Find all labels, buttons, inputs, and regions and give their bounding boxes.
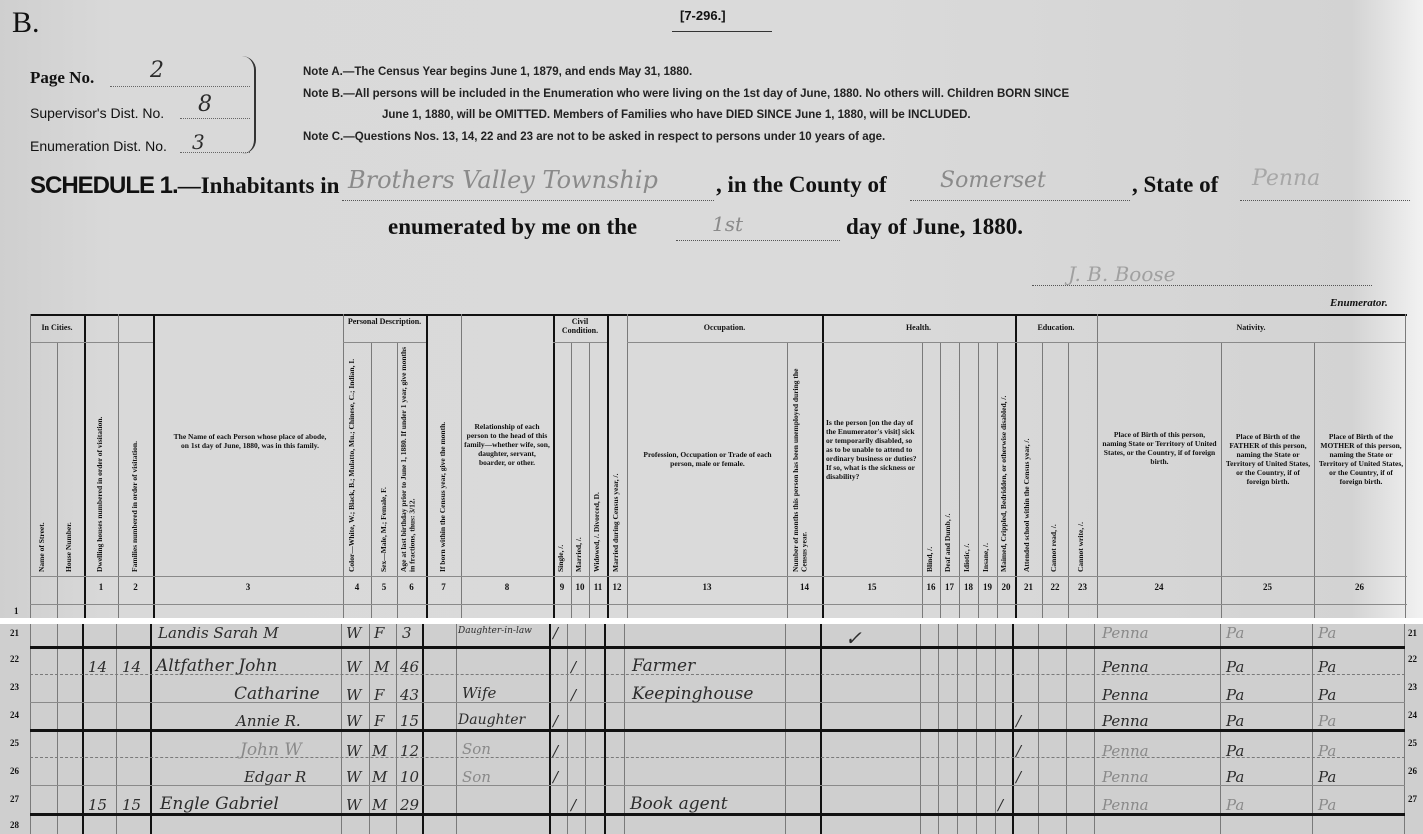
person-color: W xyxy=(346,712,361,730)
line-number: 28 xyxy=(10,820,19,830)
brace xyxy=(240,56,256,154)
line-number-right: 25 xyxy=(1408,738,1417,748)
colnum-4: 4 xyxy=(343,582,371,592)
father-birth: Pa xyxy=(1226,712,1244,730)
person-name: Catharine xyxy=(234,684,320,704)
family-number: 14 xyxy=(122,658,141,676)
group-health: Health. xyxy=(822,324,1015,333)
person-sex: M xyxy=(374,658,389,676)
row-rule xyxy=(30,646,1405,649)
person-single: / xyxy=(553,742,558,760)
header-c11: Widowed, /. Divorced, D. xyxy=(593,444,601,572)
colnum-23: 23 xyxy=(1068,582,1097,592)
person-age: 10 xyxy=(400,768,419,786)
enumeration-label: Enumeration Dist. No. xyxy=(30,138,167,154)
colnum-26: 26 xyxy=(1314,582,1405,592)
supervisor-value: 8 xyxy=(198,92,212,117)
colnum-8: 8 xyxy=(461,582,553,592)
header-c16: Blind, /. xyxy=(926,524,934,572)
row-rule xyxy=(30,785,1405,786)
grid-line xyxy=(30,342,153,343)
person-occupation: Book agent xyxy=(630,794,728,814)
person-sex: F xyxy=(374,624,384,642)
colnum-1: 1 xyxy=(84,582,118,592)
group-civil: Civil Condition. xyxy=(553,318,607,336)
grid-line xyxy=(343,342,426,343)
person-birth: Penna xyxy=(1102,796,1149,814)
state-value: Penna xyxy=(1252,166,1320,191)
person-name: Engle Gabriel xyxy=(160,794,279,814)
person-color: W xyxy=(346,624,361,642)
header-c7: If born within the Census year, give the… xyxy=(439,374,447,572)
header-c18: Idiotic, /. xyxy=(963,524,971,572)
header-c10: Married, /. xyxy=(575,514,583,572)
note-c: Note C.—Questions Nos. 13, 14, 22 and 23… xyxy=(303,131,885,143)
form-stamp: [7-296.] xyxy=(680,8,726,23)
header-c13: Profession, Occupation or Trade of each … xyxy=(635,450,780,468)
colnum-5: 5 xyxy=(371,582,397,592)
colnum-15: 15 xyxy=(822,582,922,592)
person-relationship: Daughter xyxy=(458,712,525,728)
line-number: 27 xyxy=(10,794,19,804)
colnum-3: 3 xyxy=(153,582,343,592)
day-suffix: day of June, 1880. xyxy=(846,214,1023,240)
line-number-right: 23 xyxy=(1408,682,1417,692)
person-birth: Penna xyxy=(1102,768,1149,786)
person-sex: M xyxy=(372,768,387,786)
father-birth: Pa xyxy=(1226,658,1244,676)
header-c19: Insane, /. xyxy=(982,524,990,572)
grid-line xyxy=(30,604,1407,605)
line-number: 24 xyxy=(10,710,19,720)
header-c15: Is the person [on the day of the Enumera… xyxy=(826,418,918,481)
person-age: 12 xyxy=(400,742,419,760)
attended-school: / xyxy=(1016,712,1021,730)
group-in-cities: In Cities. xyxy=(30,324,84,333)
township-value: Brothers Valley Township xyxy=(348,166,658,194)
page-no-value: 2 xyxy=(150,58,164,83)
person-birth: Penna xyxy=(1102,742,1149,760)
person-sex: F xyxy=(374,686,384,704)
grid-line xyxy=(627,342,1405,343)
colnum-25: 25 xyxy=(1221,582,1314,592)
day-value: 1st xyxy=(712,212,743,236)
person-birth: Penna xyxy=(1102,658,1149,676)
person-single: / xyxy=(553,768,558,786)
header-c17: Deaf and Dumb, /. xyxy=(944,484,952,572)
line-number-right: 22 xyxy=(1408,654,1417,664)
line-number-right: 21 xyxy=(1408,628,1417,638)
line-number: 23 xyxy=(10,682,19,692)
father-birth: Pa xyxy=(1226,624,1244,642)
table-top-rule xyxy=(30,314,1407,316)
person-birth: Penna xyxy=(1102,686,1149,704)
colnum-24: 24 xyxy=(1097,582,1221,592)
row-number-1: 1 xyxy=(14,606,19,616)
inhabitants-label: —Inhabitants in xyxy=(178,173,340,198)
colnum-6: 6 xyxy=(397,582,426,592)
person-color: W xyxy=(346,742,361,760)
header-c1: Dwelling houses numbered in order of vis… xyxy=(96,374,104,572)
census-table-rows: 21 21 Landis Sarah M W F 3 Daughter-in-l… xyxy=(0,624,1423,834)
colnum-12: 12 xyxy=(607,582,627,592)
person-age: 29 xyxy=(400,796,419,814)
header-c12: Married during Census year, /. xyxy=(612,429,620,572)
person-relationship: Son xyxy=(462,740,491,758)
header-c14: Number of months this person has been un… xyxy=(792,344,814,572)
person-single: / xyxy=(553,624,558,642)
group-nativity: Nativity. xyxy=(1097,324,1405,333)
person-relationship: Wife xyxy=(462,684,496,702)
person-age: 43 xyxy=(400,686,419,704)
person-color: W xyxy=(346,796,361,814)
enumeration-value: 3 xyxy=(192,130,205,154)
person-relationship: Son xyxy=(462,768,491,786)
header-c6: Age at last birthday prior to June 1, 18… xyxy=(400,344,422,572)
header-c5: Sex—Male, M.; Female, F. xyxy=(380,464,388,572)
person-birth: Penna xyxy=(1102,712,1149,730)
form-lettermark: B. xyxy=(12,6,40,40)
mother-birth: Pa xyxy=(1318,742,1336,760)
group-personal: Personal Description. xyxy=(343,318,426,327)
person-married: / xyxy=(571,796,576,814)
colnum-18: 18 xyxy=(959,582,978,592)
person-occupation: Farmer xyxy=(632,656,695,676)
state-line xyxy=(1240,200,1410,201)
person-single: / xyxy=(553,712,558,730)
enumerated-label: enumerated by me on the xyxy=(388,214,637,240)
header-c9: Single, /. xyxy=(557,519,565,572)
colnum-17: 17 xyxy=(940,582,959,592)
attended-school: / xyxy=(1016,742,1021,760)
enumerator-signature: J. B. Boose xyxy=(1068,262,1175,286)
grid-line xyxy=(30,576,1407,577)
header-c8: Relationship of each person to the head … xyxy=(464,422,550,467)
colnum-14: 14 xyxy=(787,582,822,592)
enumerator-label: Enumerator. xyxy=(1330,297,1388,309)
person-age: 46 xyxy=(400,658,419,676)
stamp-underline xyxy=(672,31,772,32)
person-age: 15 xyxy=(400,712,419,730)
header-c24: Place of Birth of this person, naming St… xyxy=(1102,430,1217,466)
line-number: 21 xyxy=(10,628,19,638)
mother-birth: Pa xyxy=(1318,768,1336,786)
colnum-13: 13 xyxy=(627,582,787,592)
person-occupation: Keepinghouse xyxy=(632,684,753,704)
header-street: Name of Street. xyxy=(38,514,46,572)
row-rule xyxy=(30,757,1405,758)
header-c3: The Name of each Person whose place of a… xyxy=(170,432,330,450)
colnum-9: 9 xyxy=(553,582,571,592)
colnum-16: 16 xyxy=(922,582,940,592)
mother-birth: Pa xyxy=(1318,796,1336,814)
mother-birth: Pa xyxy=(1318,624,1336,642)
header-c23: Cannot write, /. xyxy=(1077,494,1085,572)
colnum-7: 7 xyxy=(426,582,461,592)
dwelling-number: 15 xyxy=(88,796,107,814)
maimed-disabled: / xyxy=(998,796,1003,814)
header-c20: Maimed, Crippled, Bedridden, or otherwis… xyxy=(1000,344,1008,572)
state-label: , State of xyxy=(1132,172,1218,198)
line-number-right: 26 xyxy=(1408,766,1417,776)
person-relationship: Daughter-in-law xyxy=(458,626,532,636)
person-color: W xyxy=(346,658,361,676)
day-line xyxy=(676,240,840,241)
group-education: Education. xyxy=(1015,324,1097,333)
page-no-label: Page No. xyxy=(30,68,94,88)
page-no-line xyxy=(110,86,250,87)
person-married: / xyxy=(571,686,576,704)
mother-birth: Pa xyxy=(1318,658,1336,676)
header-c2: Families numbered in order of visitation… xyxy=(131,404,139,572)
colnum-10: 10 xyxy=(571,582,589,592)
mother-birth: Pa xyxy=(1318,686,1336,704)
person-name: Altfather John xyxy=(156,656,277,676)
note-a: Note A.—The Census Year begins June 1, 1… xyxy=(303,66,692,78)
header-c25: Place of Birth of the FATHER of this per… xyxy=(1225,432,1311,486)
line-number: 25 xyxy=(10,738,19,748)
line-number-right: 27 xyxy=(1408,794,1417,804)
person-name: John W xyxy=(240,740,302,760)
line-number: 26 xyxy=(10,766,19,776)
person-color: W xyxy=(346,686,361,704)
person-sick: ✓ xyxy=(845,626,862,650)
person-married: / xyxy=(571,658,576,676)
colnum-22: 22 xyxy=(1042,582,1068,592)
family-number: 15 xyxy=(122,796,141,814)
mother-birth: Pa xyxy=(1318,712,1336,730)
schedule-line: SCHEDULE 1.—Inhabitants in xyxy=(30,172,339,200)
county-value: Somerset xyxy=(940,168,1046,193)
father-birth: Pa xyxy=(1226,686,1244,704)
person-age: 3 xyxy=(402,624,412,642)
supervisor-label: Supervisor's Dist. No. xyxy=(30,105,164,121)
line-number-right: 24 xyxy=(1408,710,1417,720)
father-birth: Pa xyxy=(1226,742,1244,760)
group-occupation: Occupation. xyxy=(627,324,822,333)
person-name: Annie R. xyxy=(236,712,301,730)
line-number: 22 xyxy=(10,654,19,664)
header-c4: Color—White, W.; Black, B.; Mulatto, Mu.… xyxy=(348,344,368,572)
grid-line xyxy=(553,342,607,343)
person-color: W xyxy=(346,768,361,786)
person-birth: Penna xyxy=(1102,624,1149,642)
county-label: , in the County of xyxy=(716,172,887,198)
colnum-11: 11 xyxy=(589,582,607,592)
person-sex: M xyxy=(372,742,387,760)
father-birth: Pa xyxy=(1226,768,1244,786)
colnum-19: 19 xyxy=(978,582,997,592)
person-sex: M xyxy=(372,796,387,814)
person-name: Landis Sarah M xyxy=(158,624,279,642)
census-page: B. [7-296.] Page No. 2 Supervisor's Dist… xyxy=(0,0,1423,834)
attended-school: / xyxy=(1016,768,1021,786)
note-b: Note B.—All persons will be included in … xyxy=(303,88,1069,100)
header-c21: Attended school within the Census year, … xyxy=(1023,384,1031,572)
county-line xyxy=(910,200,1130,201)
township-line xyxy=(342,200,714,201)
schedule-title: SCHEDULE 1. xyxy=(30,172,178,199)
colnum-2: 2 xyxy=(118,582,153,592)
header-c22: Cannot read, /. xyxy=(1050,494,1058,572)
header-c26: Place of Birth of the MOTHER of this per… xyxy=(1318,432,1404,486)
person-name: Edgar R xyxy=(244,768,306,786)
note-b-cont: June 1, 1880, will be OMITTED. Members o… xyxy=(382,109,971,121)
colnum-21: 21 xyxy=(1015,582,1042,592)
person-sex: F xyxy=(374,712,384,730)
header-house: House Number. xyxy=(65,514,73,572)
dwelling-number: 14 xyxy=(88,658,107,676)
colnum-20: 20 xyxy=(997,582,1015,592)
father-birth: Pa xyxy=(1226,796,1244,814)
